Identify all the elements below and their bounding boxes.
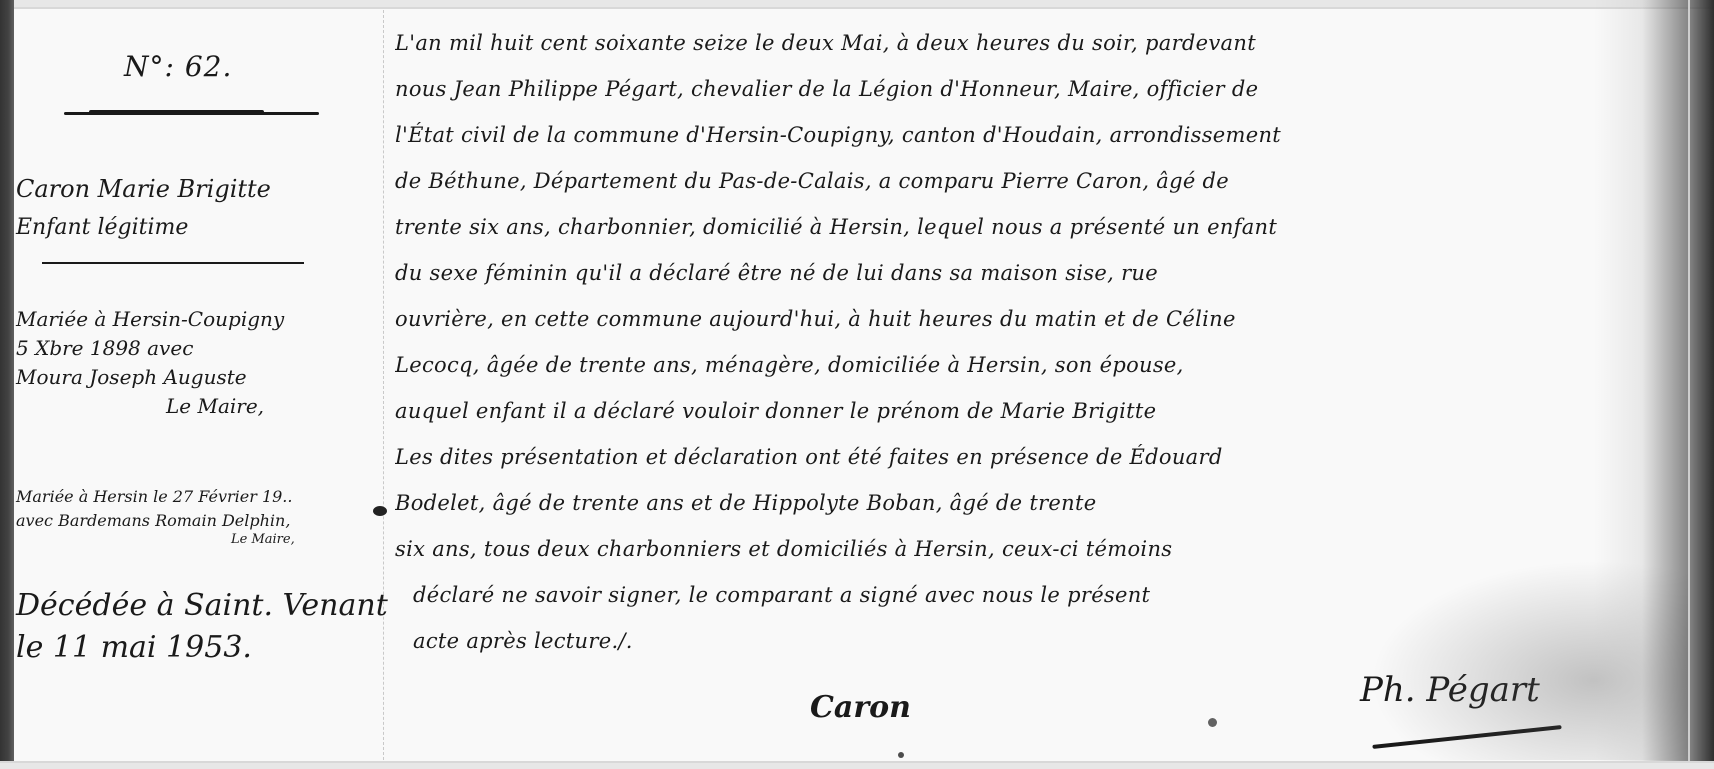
margin-divider bbox=[42, 262, 304, 264]
body-line: de Béthune, Département du Pas-de-Calais… bbox=[395, 158, 1685, 204]
right-margin-line bbox=[1688, 0, 1690, 769]
body-line: du sexe féminin qu'il a déclaré être né … bbox=[395, 250, 1685, 296]
marriage-1-line: Moura Joseph Auguste bbox=[16, 363, 284, 392]
subject-status: Enfant légitime bbox=[16, 215, 188, 240]
declarant-signature: Caron bbox=[810, 690, 911, 725]
body-line: L'an mil huit cent soixante seize le deu… bbox=[395, 20, 1685, 66]
body-line: Bodelet, âgé de trente ans et de Hippoly… bbox=[395, 480, 1685, 526]
death-annotation: Décédée à Saint. Venant le 11 mai 1953. bbox=[16, 585, 388, 669]
ink-blot bbox=[1208, 718, 1217, 727]
marriage-1-line: 5 Xbre 1898 avec bbox=[16, 334, 284, 363]
act-number-underline-bold bbox=[89, 110, 264, 114]
body-line: auquel enfant il a déclaré vouloir donne… bbox=[395, 388, 1685, 434]
page-bottom-border bbox=[0, 761, 1714, 769]
death-line: Décédée à Saint. Venant bbox=[16, 585, 388, 627]
marriage-1-signature: Le Maire, bbox=[16, 392, 284, 421]
subject-name: Caron Marie Brigitte bbox=[16, 175, 271, 203]
marriage-2-line: avec Bardemans Romain Delphin, bbox=[16, 509, 295, 533]
register-page: N°: 62. Caron Marie Brigitte Enfant légi… bbox=[0, 0, 1714, 769]
page-top-border bbox=[0, 0, 1714, 9]
ink-blot bbox=[373, 506, 387, 516]
marriage-1-line: Mariée à Hersin-Coupigny bbox=[16, 305, 284, 334]
act-number: N°: 62. bbox=[124, 50, 232, 83]
body-line: ouvrière, en cette commune aujourd'hui, … bbox=[395, 296, 1685, 342]
body-line: nous Jean Philippe Pégart, chevalier de … bbox=[395, 66, 1685, 112]
body-line: Lecocq, âgée de trente ans, ménagère, do… bbox=[395, 342, 1685, 388]
ink-blot bbox=[898, 752, 904, 758]
page-curl-shadow bbox=[1594, 0, 1714, 769]
marriage-annotation-1: Mariée à Hersin-Coupigny 5 Xbre 1898 ave… bbox=[16, 305, 284, 421]
margin-column: N°: 62. Caron Marie Brigitte Enfant légi… bbox=[14, 10, 384, 760]
death-line: le 11 mai 1953. bbox=[16, 627, 388, 669]
marriage-2-signature: Le Maire, bbox=[16, 533, 295, 547]
body-line: l'État civil de la commune d'Hersin-Coup… bbox=[395, 112, 1685, 158]
marriage-annotation-2: Mariée à Hersin le 27 Février 19.. avec … bbox=[16, 485, 295, 547]
binding-edge bbox=[0, 0, 14, 769]
body-line: Les dites présentation et déclaration on… bbox=[395, 434, 1685, 480]
body-line: trente six ans, charbonnier, domicilié à… bbox=[395, 204, 1685, 250]
marriage-2-line: Mariée à Hersin le 27 Février 19.. bbox=[16, 485, 295, 509]
